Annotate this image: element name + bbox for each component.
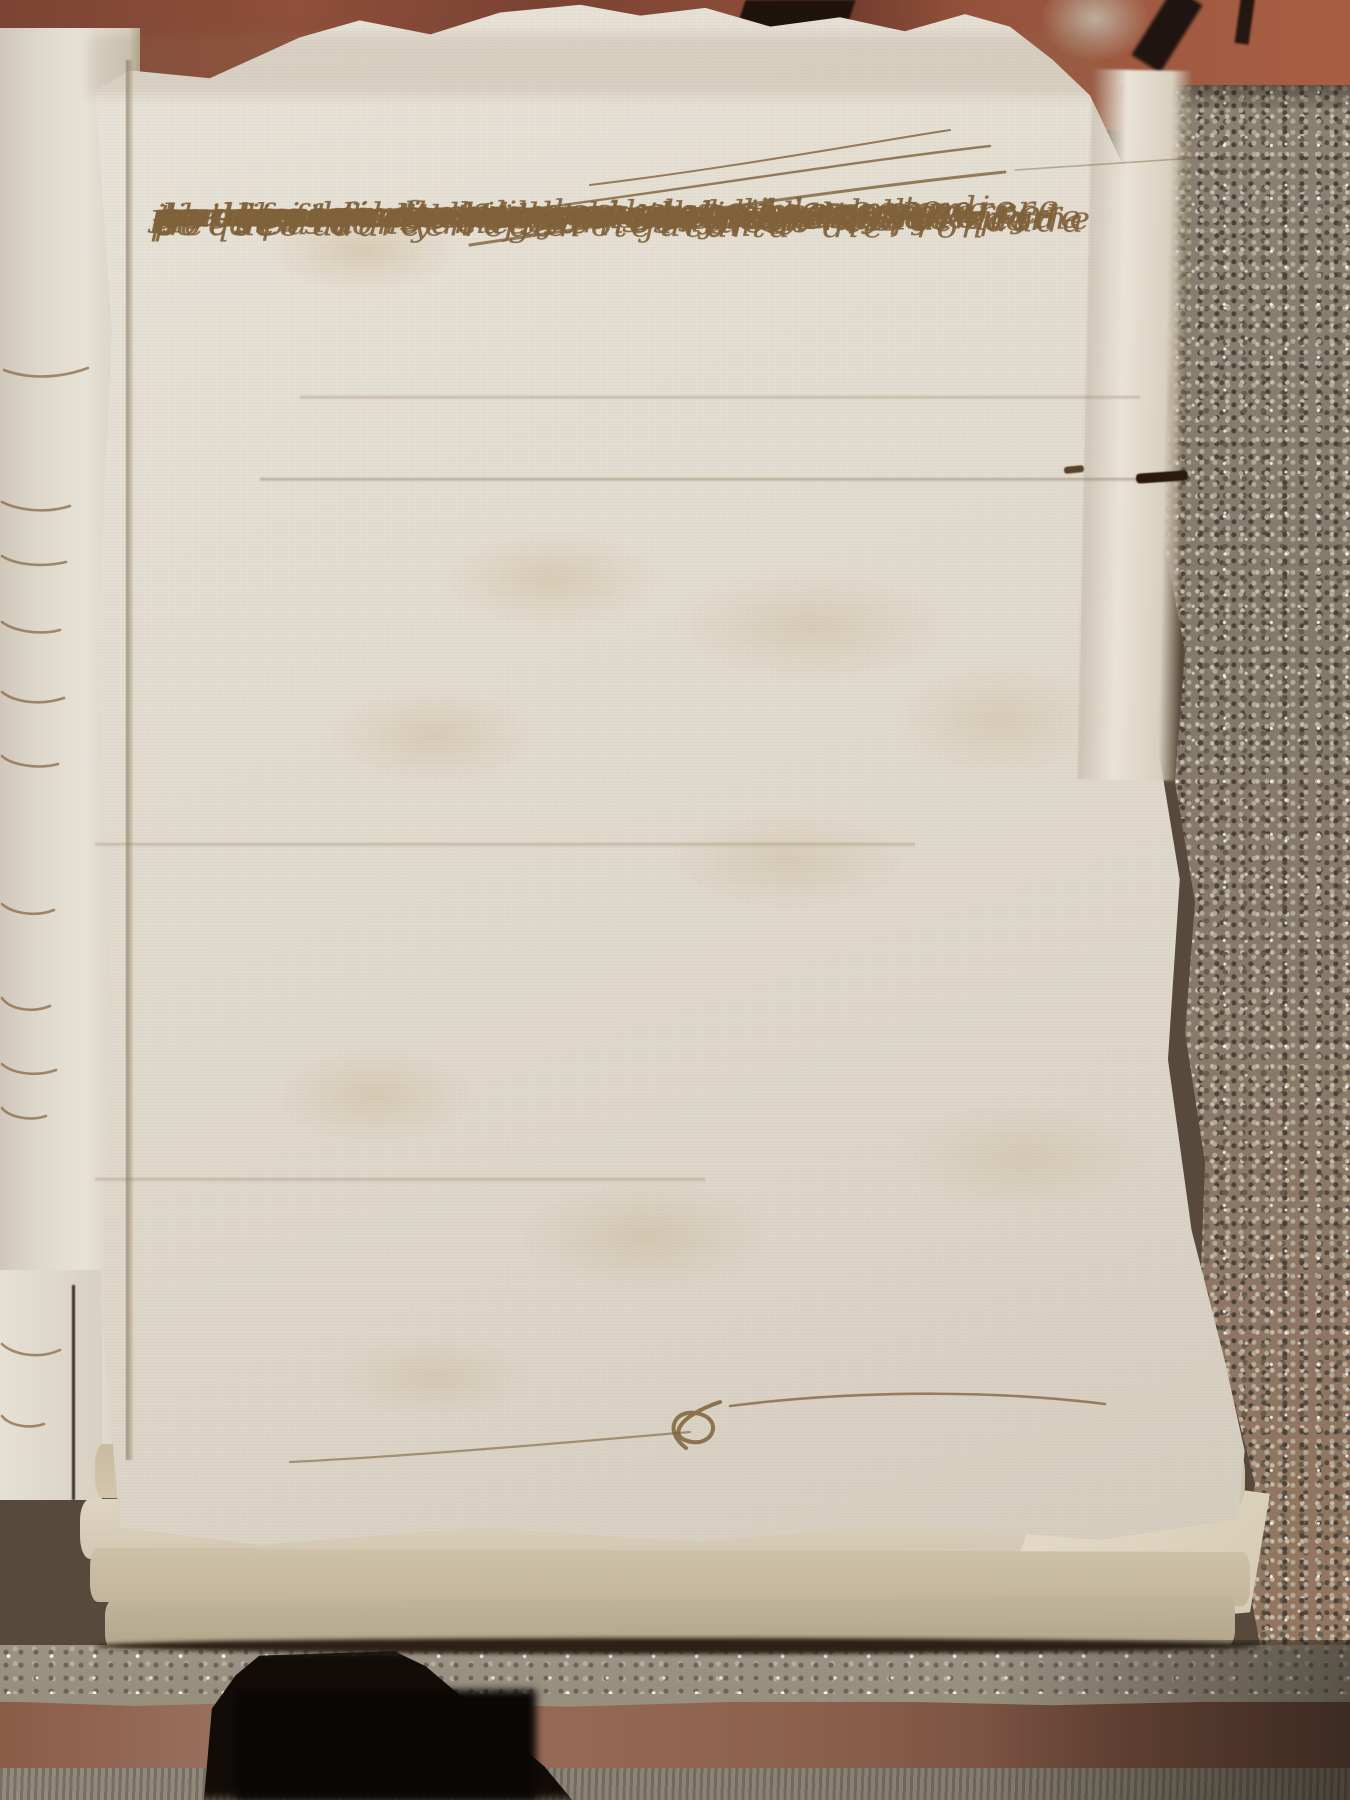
gutter-crease [126,60,133,1460]
page-top-fold-shading [88,34,1098,96]
photographer-shadow-core [236,1690,536,1800]
facing-page-stroke-fragments [0,330,95,1510]
manuscript-text-block: de so meesmo seo tego de norrebo car see… [150,196,1190,1436]
manuscript-photo-scene: de so meesmo seo tego de norrebo car see… [0,0,1350,1800]
script-line: e que al reen fuero juron [154,196,755,256]
ledge-shadow-right [980,1640,1350,1800]
rubric-flourish [250,1370,1150,1480]
